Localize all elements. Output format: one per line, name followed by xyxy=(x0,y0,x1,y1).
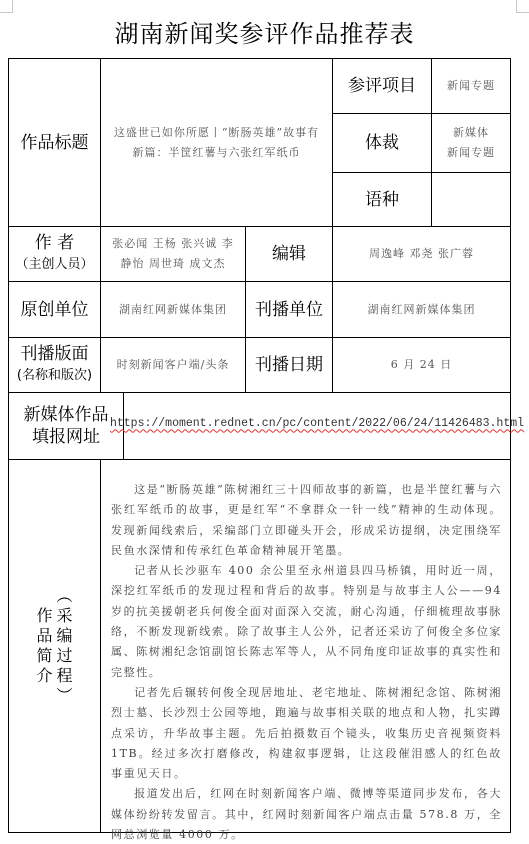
language-label: 语种 xyxy=(365,189,399,211)
original-unit-label-cell: 原创单位 xyxy=(8,281,101,338)
intro-label-col1: 作 品 简 介 xyxy=(36,606,52,686)
intro-paragraph: 记者先后辗转何俊全现居地址、老宅地址、陈树湘纪念馆、陈树湘烈士墓、长沙烈士公园等… xyxy=(111,683,502,784)
publish-date-label-cell: 刊播日期 xyxy=(245,337,333,393)
editors-value-cell: 周逸峰 邓尧 张广蓉 xyxy=(332,226,511,282)
publish-unit-value: 湖南红网新媒体集团 xyxy=(368,300,476,320)
work-title-label-cell: 作品标题 xyxy=(8,58,101,227)
intro-label-char: 过 xyxy=(57,646,73,666)
intro-label-char: 品 xyxy=(36,626,52,646)
editors-value: 周逸峰 邓尧 张广蓉 xyxy=(369,244,474,264)
work-title-value: 这盛世已如你所愿丨“断肠英雄”故事有新篇：半筐红薯与六张红军纸币 xyxy=(109,123,324,163)
intro-label: 作 品 简 介 ︵ 采 编 过 程 ︶ xyxy=(36,586,72,706)
document-title: 湖南新闻奖参评作品推荐表 xyxy=(0,14,529,49)
authors-value: 张必闻 王杨 张兴诚 李静怡 周世琦 成文杰 xyxy=(107,234,239,274)
publish-unit-value-cell: 湖南红网新媒体集团 xyxy=(332,281,511,338)
url-value-link[interactable]: https://moment.rednet.cn/pc/content/2022… xyxy=(110,417,524,430)
category-label-cell: 参评项目 xyxy=(332,58,432,114)
url-label-line2: 填报网址 xyxy=(32,426,100,448)
original-unit-value-cell: 湖南红网新媒体集团 xyxy=(100,281,246,338)
publish-section-label-line1: 刊播版面 xyxy=(21,343,89,365)
publish-section-label-line2: (名称和版次) xyxy=(17,365,92,387)
intro-label-char: 编 xyxy=(57,626,73,646)
genre-label: 体裁 xyxy=(365,132,399,154)
authors-label-line1: 作 者 xyxy=(35,232,74,254)
category-value-cell: 新闻专题 xyxy=(431,58,511,114)
url-label-cell: 新媒体作品 填报网址 xyxy=(8,392,124,460)
intro-label-char: ︵ xyxy=(57,586,73,606)
work-title-value-cell: 这盛世已如你所愿丨“断肠英雄”故事有新篇：半筐红薯与六张红军纸币 xyxy=(100,58,333,227)
work-title-label: 作品标题 xyxy=(21,132,89,154)
page-corner-mark xyxy=(516,0,529,13)
intro-text: 这是“断肠英雄”陈树湘红三十四师故事的新篇，也是半筐红薯与六张红军纸币的故事，更… xyxy=(111,480,502,844)
intro-label-char: 采 xyxy=(57,606,73,626)
url-label-line1: 新媒体作品 xyxy=(24,404,109,426)
intro-label-char: 作 xyxy=(36,606,52,626)
page-corner-mark xyxy=(0,0,13,13)
genre-value-line1: 新媒体 xyxy=(453,123,489,143)
editors-label: 编辑 xyxy=(272,243,306,265)
genre-value-line2: 新闻专题 xyxy=(447,143,495,163)
authors-value-cell: 张必闻 王杨 张兴诚 李静怡 周世琦 成文杰 xyxy=(100,226,246,282)
publish-section-value-cell: 时刻新闻客户端/头条 xyxy=(100,337,246,393)
authors-label-line2: （主创人员） xyxy=(15,254,93,276)
genre-label-cell: 体裁 xyxy=(332,113,432,173)
original-unit-label: 原创单位 xyxy=(21,299,89,321)
publish-date-label: 刊播日期 xyxy=(255,354,323,376)
intro-paragraph: 这是“断肠英雄”陈树湘红三十四师故事的新篇，也是半筐红薯与六张红军纸币的故事，更… xyxy=(111,480,502,561)
publish-section-label-cell: 刊播版面 (名称和版次) xyxy=(8,337,101,393)
publish-unit-label-cell: 刊播单位 xyxy=(245,281,333,338)
intro-label-char: 介 xyxy=(36,666,52,686)
intro-paragraph: 记者从长沙驱车 400 余公里至永州道县四马桥镇，用时近一周，深挖红军纸币的发现… xyxy=(111,561,502,683)
intro-label-cell: 作 品 简 介 ︵ 采 编 过 程 ︶ xyxy=(8,459,101,833)
publish-section-value: 时刻新闻客户端/头条 xyxy=(117,355,230,375)
intro-label-char: 程 xyxy=(57,666,73,686)
intro-label-col2: ︵ 采 编 过 程 ︶ xyxy=(57,586,73,706)
category-label: 参评项目 xyxy=(348,75,416,97)
editors-label-cell: 编辑 xyxy=(245,226,333,282)
language-value-cell xyxy=(431,172,511,227)
intro-label-char: 简 xyxy=(36,646,52,666)
publish-unit-label: 刊播单位 xyxy=(255,299,323,321)
intro-label-char: ︶ xyxy=(57,686,73,706)
url-value-cell: https://moment.rednet.cn/pc/content/2022… xyxy=(123,392,511,460)
intro-value-cell: 这是“断肠英雄”陈树湘红三十四师故事的新篇，也是半筐红薯与六张红军纸币的故事，更… xyxy=(100,459,511,833)
publish-date-value-cell: 6 月 24 日 xyxy=(332,337,511,393)
publish-date-value: 6 月 24 日 xyxy=(391,355,453,375)
language-label-cell: 语种 xyxy=(332,172,432,227)
authors-label-cell: 作 者 （主创人员） xyxy=(8,226,101,282)
intro-paragraph: 报道发出后，红网在时刻新闻客户端、微博等渠道同步发布，各大媒体纷纷转发留言。其中… xyxy=(111,784,502,844)
category-value: 新闻专题 xyxy=(447,76,495,96)
original-unit-value: 湖南红网新媒体集团 xyxy=(119,300,227,320)
genre-value-cell: 新媒体 新闻专题 xyxy=(431,113,511,173)
